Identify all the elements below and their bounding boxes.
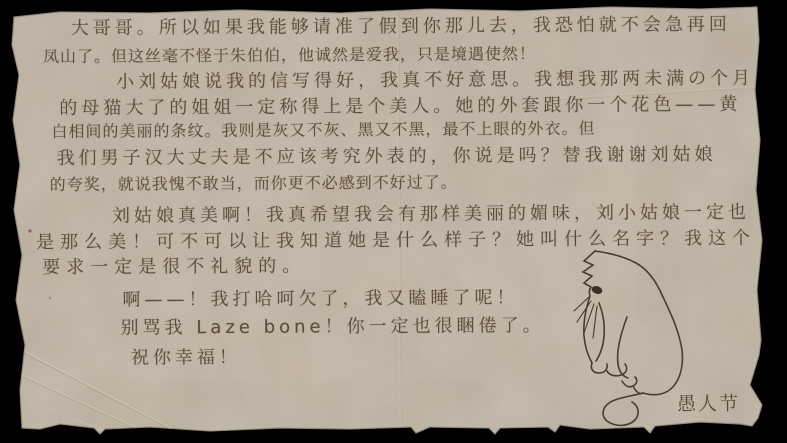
- letter-line-10: 要求一定是很不礼貌的。: [42, 252, 306, 280]
- letter-line-6: 我们男子汉大丈夫是不应该考究外表的，你说是吗？替我谢谢刘姑娘: [57, 140, 717, 170]
- scanned-letter-photo: 大哥哥。所以如果我能够请准了假到你那儿去，我恐怕就不会急再回 凤山了。但这丝毫不…: [0, 0, 787, 443]
- letter-line-3: 小刘姑娘说我的信写得好，我真不好意思。我想我那两未满の个月: [116, 64, 754, 94]
- letter-line-8: 刘姑娘真美啊！我真希望我会有那样美丽的媚味，刘小姑娘一定也: [112, 198, 750, 228]
- letter-line-5: 白相间的美丽的条纹。我则是灰又不灰、黑又不黑，最不上眼的外衣。但: [51, 116, 595, 142]
- letter-line-7: 的夸奖，就说我愧不敢当，而你更不必感到不好过了。: [50, 170, 458, 195]
- letter-line-13: 祝你幸福！: [131, 343, 241, 370]
- letter-line-12: 别骂我 Laze bone！你一定也很睏倦了。: [121, 311, 545, 340]
- letter-text: 大哥哥。所以如果我能够请准了假到你那儿去，我恐怕就不会急再回 凤山了。但这丝毫不…: [0, 0, 787, 443]
- letter-line-9: 是那么美！可不可以让我知道她是什么样子？她叫什么名字？我这个: [36, 224, 756, 254]
- letter-line-4: 的母猫大了的姐姐一定称得上是个美人。她的外套跟你一个花色——黄: [59, 90, 741, 120]
- signature: 愚人节: [677, 389, 740, 416]
- letter-line-1: 大哥哥。所以如果我能够请准了假到你那儿去，我恐怕就不会急再回: [71, 10, 731, 40]
- letter-line-2: 凤山了。但这丝毫不怪于朱伯伯，他诚然是爱我，只是境遇使然！: [43, 41, 536, 67]
- letter-line-11: 啊——！我打哈呵欠了，我又瞌睡了呢！: [122, 283, 518, 311]
